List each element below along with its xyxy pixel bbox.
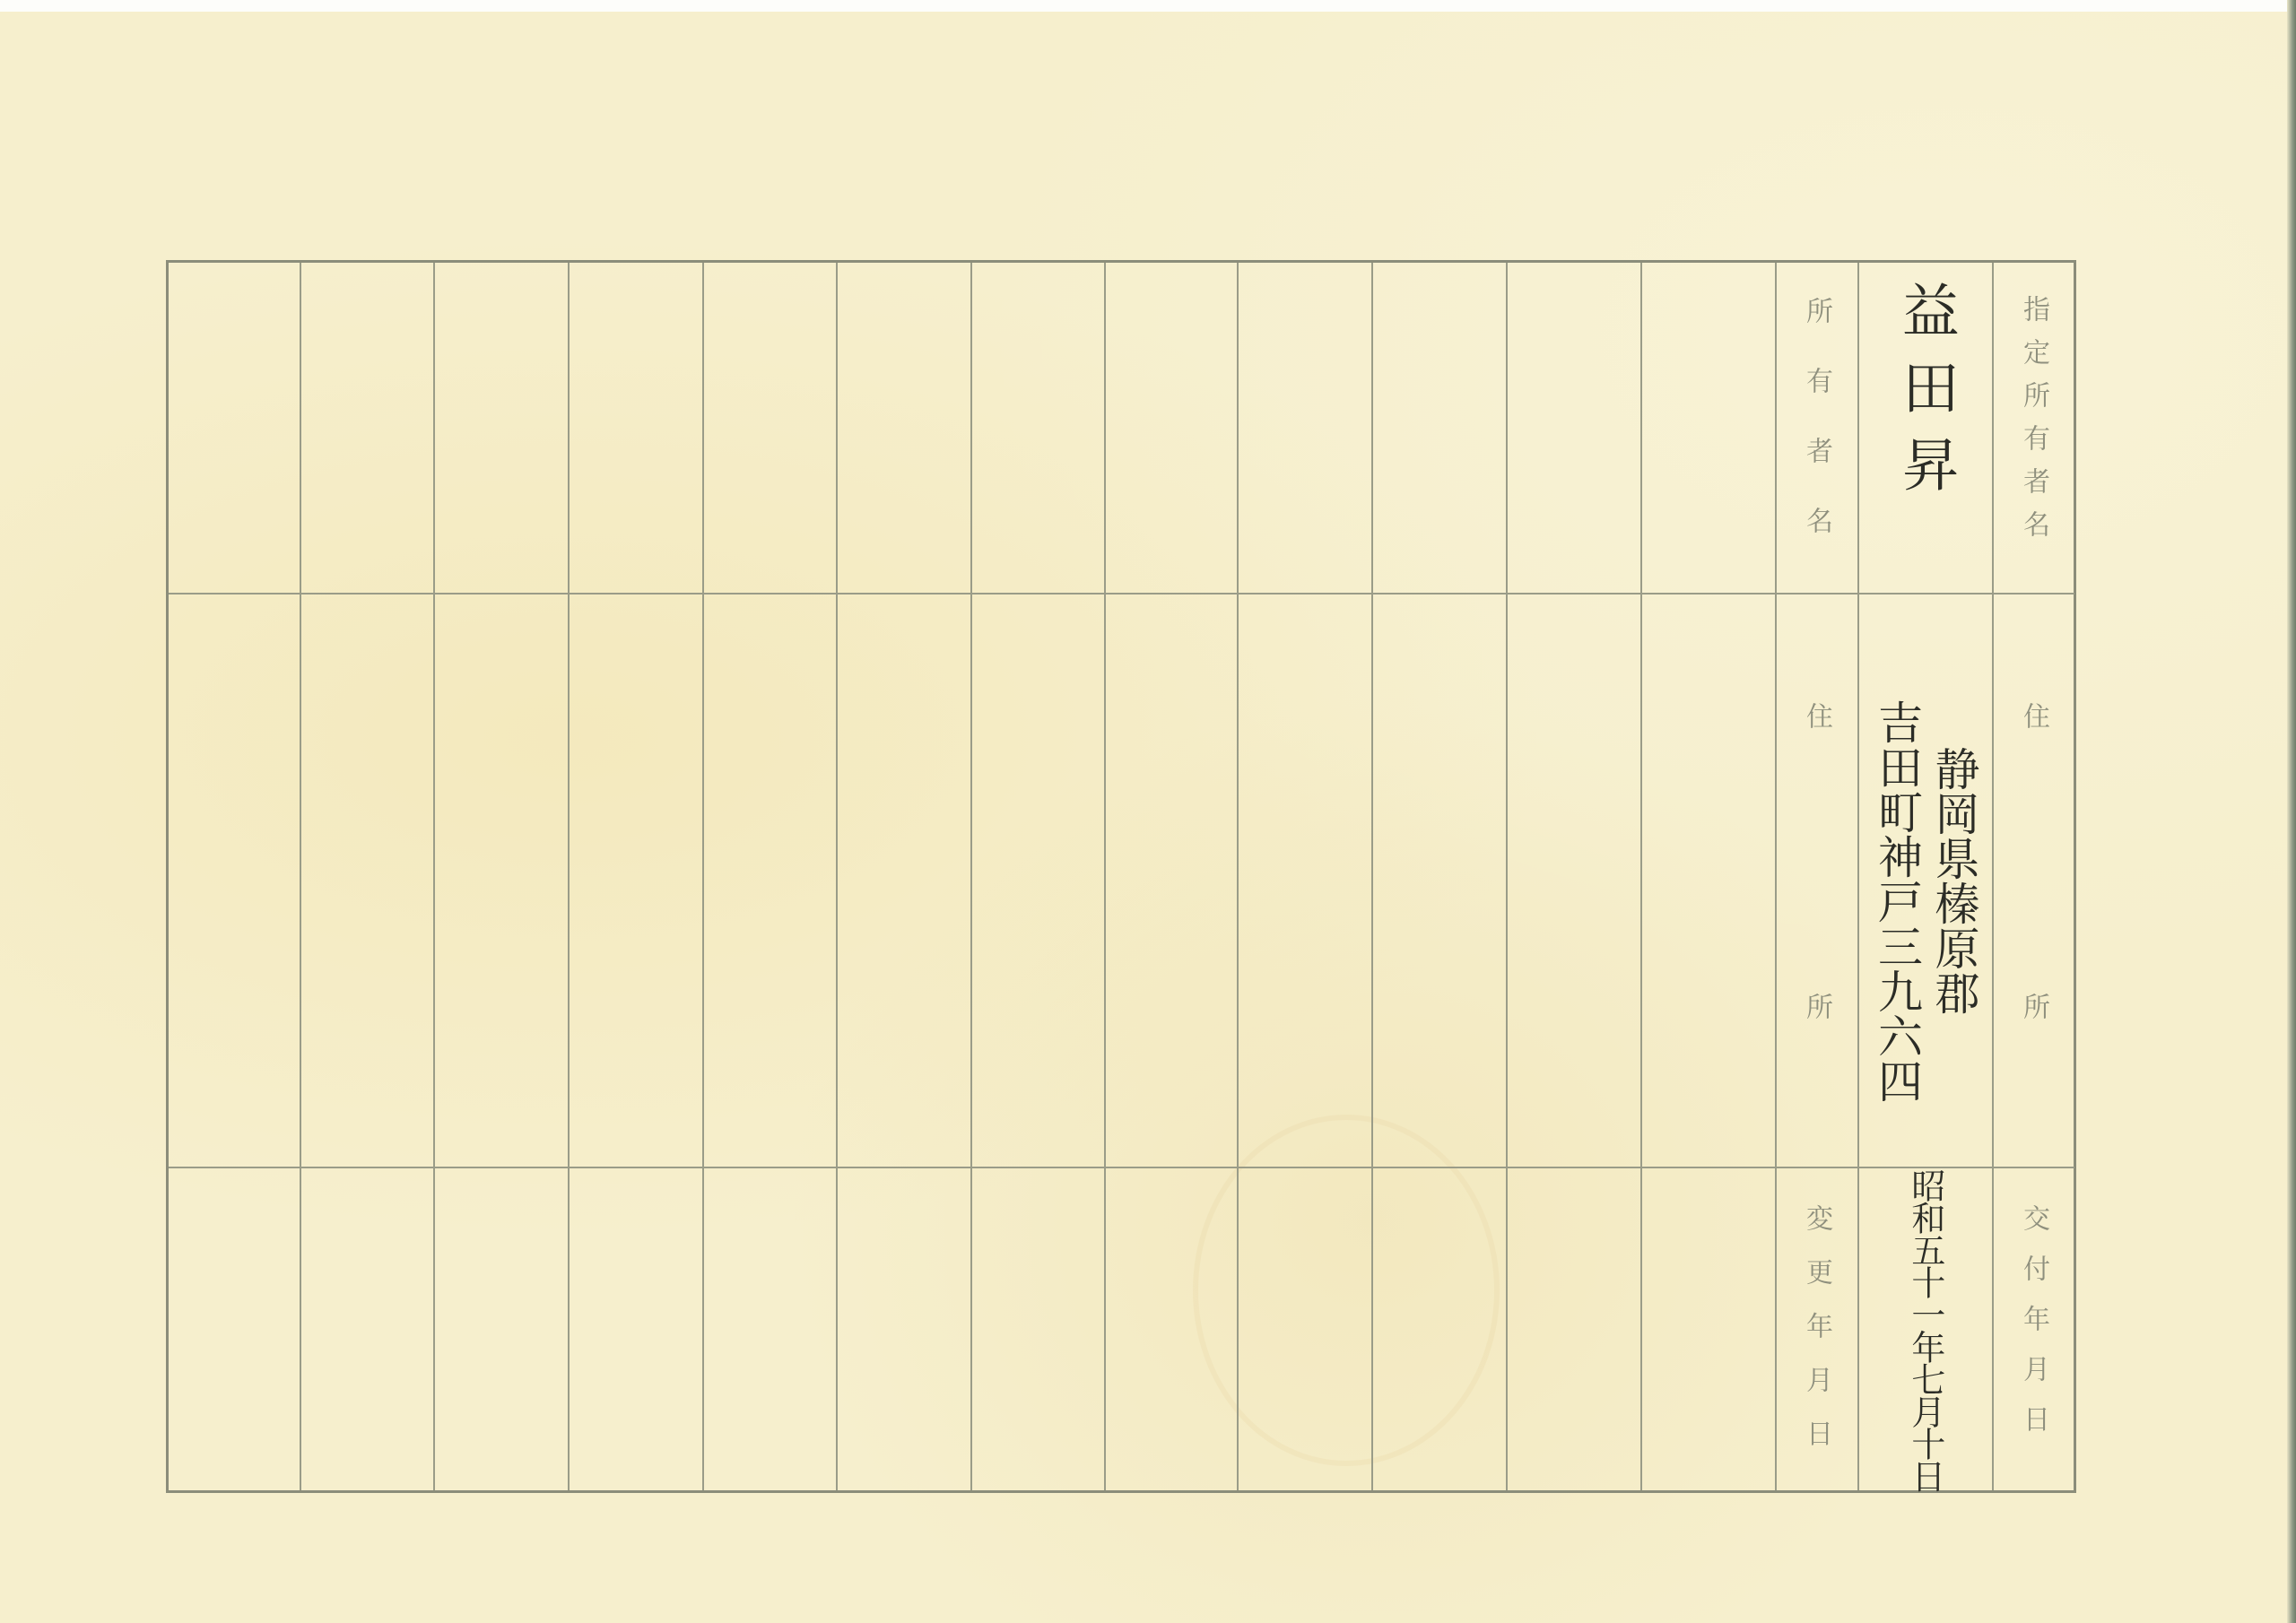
column-divider: [1506, 263, 1508, 1490]
owner-name-entry-cell: 益田昇: [1857, 281, 1992, 590]
owner-name-value: 益田昇: [1892, 281, 1958, 512]
change-address-label-bottom: 所: [1803, 993, 1830, 1039]
scan-right-edge: [2287, 0, 2296, 1623]
address-line-1: 静岡県榛原郡: [1927, 746, 1979, 1015]
column-divider: [970, 263, 972, 1490]
column-divider: [1104, 263, 1106, 1490]
change-date-label-cell: 変更年月日: [1775, 1168, 1857, 1491]
owner-name-header-label: 指定所有者名: [2020, 295, 2047, 553]
column-divider: [1371, 263, 1373, 1490]
change-address-label-top: 住: [1803, 702, 1830, 749]
address-entry-cell: 静岡県榛原郡 吉田町神戸三九六四: [1857, 595, 1992, 1165]
change-owner-name-label: 所有者名: [1803, 297, 1830, 577]
issue-date-header-label: 交付年月日: [2020, 1204, 2047, 1455]
column-divider: [1237, 263, 1239, 1490]
issue-date-value: 昭和五十一年七月十日: [1905, 1168, 1944, 1491]
change-owner-name-label-cell: 所有者名: [1775, 281, 1857, 586]
column-divider: [433, 263, 435, 1490]
address-line-2: 吉田町神戸三九六四: [1871, 699, 1923, 1103]
change-address-label-cell: 住 所: [1775, 595, 1857, 1165]
scan-top-edge: [0, 0, 2296, 12]
column-divider: [702, 263, 704, 1490]
column-divider: [836, 263, 838, 1490]
owner-name-header-cell: 指定所有者名: [1992, 295, 2074, 582]
column-divider: [300, 263, 301, 1490]
column-divider: [568, 263, 570, 1490]
address-header-label-bottom: 所: [2020, 993, 2047, 1039]
address-header-label-top: 住: [2020, 702, 2047, 749]
address-header-cell: 住 所: [1992, 595, 2074, 1165]
issue-date-entry-cell: 昭和五十一年七月十日: [1857, 1168, 1992, 1491]
column-divider: [1640, 263, 1642, 1490]
registration-form-grid: 所有者名 住 所 変更年月日 益田昇 静岡県榛原郡 吉田町神戸三九六四 昭和五十…: [166, 260, 2076, 1493]
issue-date-header-cell: 交付年月日: [1992, 1168, 2074, 1491]
change-date-label: 変更年月日: [1803, 1204, 1830, 1473]
